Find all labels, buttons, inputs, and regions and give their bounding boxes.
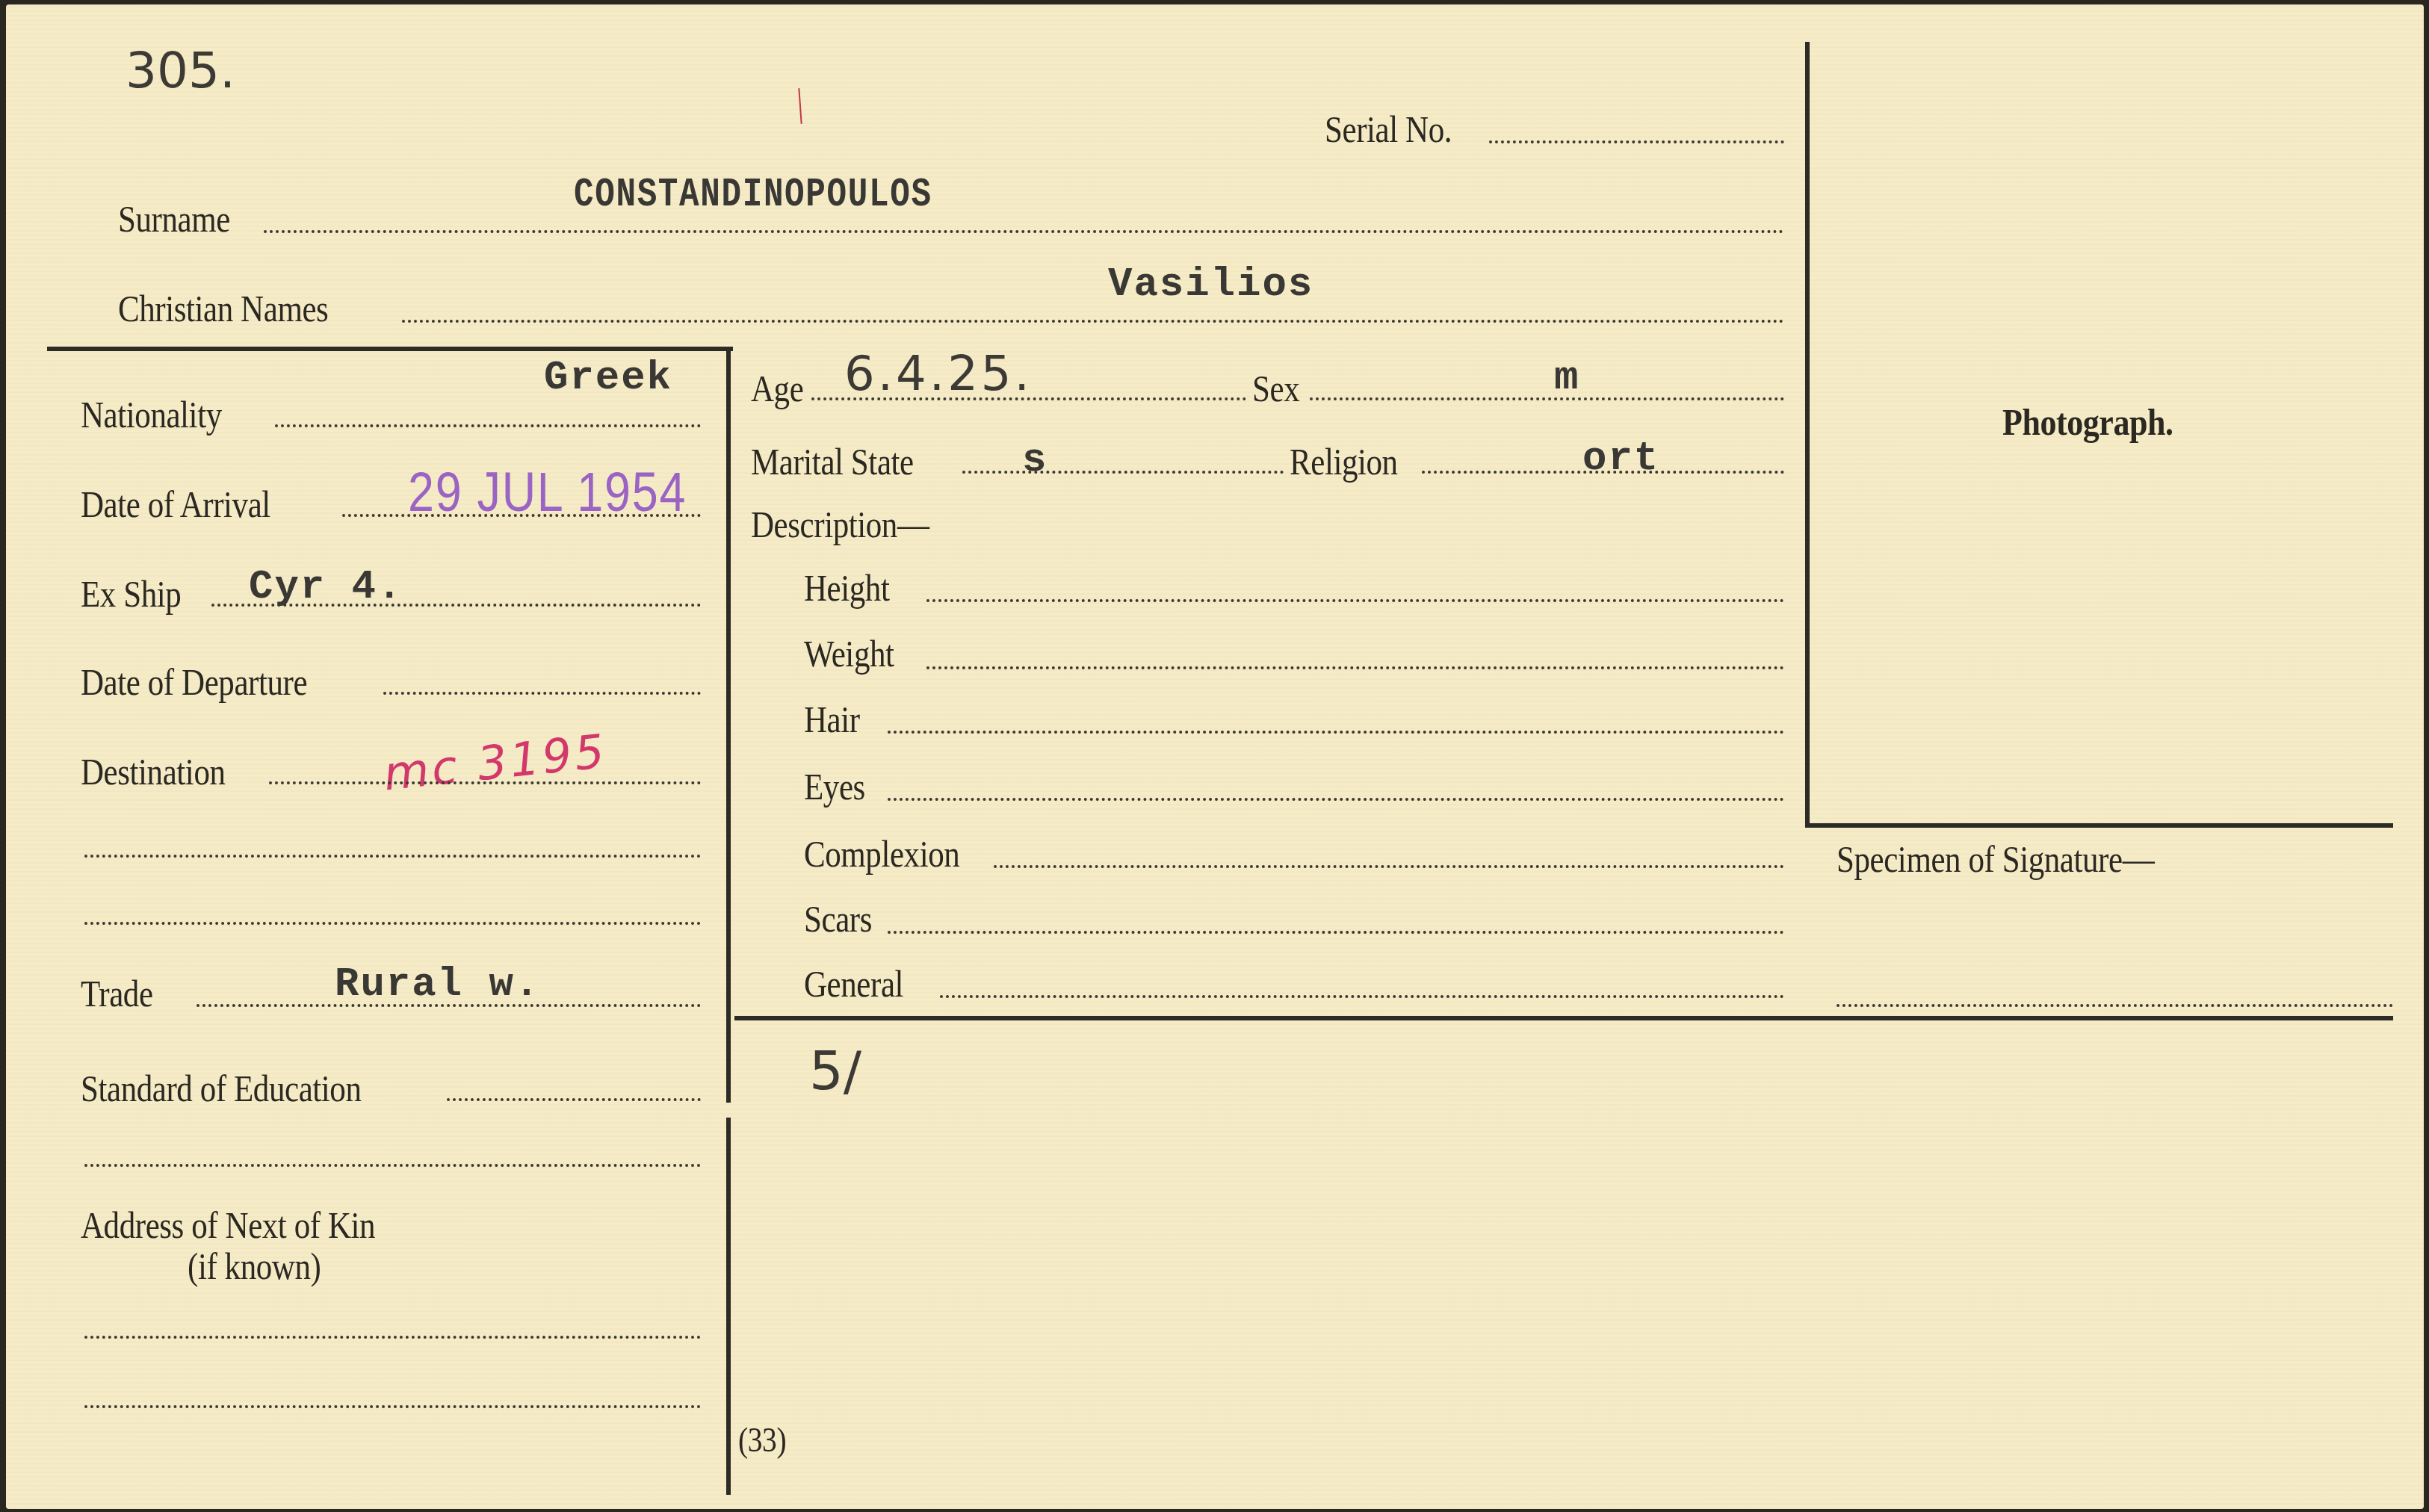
card-number: 305. — [126, 42, 235, 99]
pencil-note: 5/ — [809, 1039, 861, 1102]
trade-value: Rural w. — [335, 962, 540, 1008]
description-label: Description— — [751, 503, 929, 546]
nationality-value: Greek — [544, 356, 672, 401]
marital-label: Marital State — [751, 440, 914, 483]
destination-label: Destination — [81, 750, 226, 793]
trade-field[interactable] — [197, 1004, 701, 1007]
hair-field[interactable] — [888, 731, 1784, 734]
height-label: Height — [804, 566, 889, 610]
departure-label: Date of Departure — [81, 660, 307, 704]
weight-label: Weight — [804, 632, 894, 675]
left-column-divider-lower — [726, 1118, 731, 1495]
religion-field[interactable] — [1422, 471, 1784, 474]
next-of-kin-field-line-1[interactable] — [84, 1336, 701, 1339]
education-field[interactable] — [447, 1098, 701, 1101]
nationality-field[interactable] — [275, 424, 701, 427]
complexion-field[interactable] — [994, 865, 1784, 868]
religion-label: Religion — [1290, 440, 1398, 483]
sex-label: Sex — [1252, 367, 1299, 410]
age-value: 6.4.25. — [844, 347, 1033, 402]
education-label: Standard of Education — [81, 1067, 361, 1110]
form-code: (33) — [738, 1420, 786, 1460]
religion-value: ort — [1582, 436, 1659, 482]
destination-value: mc 3195 — [381, 724, 610, 802]
arrival-field[interactable] — [342, 514, 701, 517]
nationality-label: Nationality — [81, 393, 222, 436]
photo-box-left-border — [1805, 42, 1810, 828]
christian-names-value: Vasilios — [1108, 262, 1313, 308]
registration-card: 305. Serial No. Surname CONSTANDINOPOULO… — [6, 4, 2424, 1509]
ship-field[interactable] — [211, 604, 701, 607]
education-field-line-2[interactable] — [84, 1164, 701, 1167]
photo-box-bottom-border — [1805, 823, 2393, 828]
next-of-kin-field-line-2[interactable] — [84, 1405, 701, 1408]
destination-field-line-2[interactable] — [84, 855, 701, 858]
description-bottom-rule — [734, 1016, 2393, 1020]
signature-field[interactable] — [1837, 1004, 2393, 1007]
eyes-field[interactable] — [888, 798, 1784, 801]
left-column-divider-upper — [726, 347, 731, 1103]
signature-label: Specimen of Signature— — [1837, 837, 2154, 881]
red-ink-mark — [798, 88, 802, 124]
surname-value: CONSTANDINOPOULOS — [574, 173, 932, 218]
serial-label: Serial No. — [1325, 108, 1452, 151]
next-of-kin-label: Address of Next of Kin — [81, 1203, 375, 1247]
trade-label: Trade — [81, 972, 153, 1015]
complexion-label: Complexion — [804, 832, 959, 876]
next-of-kin-sublabel: (if known) — [188, 1245, 321, 1288]
destination-field[interactable] — [269, 781, 701, 784]
hair-label: Hair — [804, 698, 860, 741]
age-field[interactable] — [811, 397, 1246, 400]
general-label: General — [804, 962, 903, 1006]
scars-label: Scars — [804, 897, 872, 941]
height-field[interactable] — [926, 599, 1784, 602]
marital-field[interactable] — [962, 471, 1284, 474]
marital-value: s — [1022, 438, 1048, 483]
christian-names-label: Christian Names — [118, 287, 328, 330]
sex-field[interactable] — [1310, 397, 1784, 400]
departure-field[interactable] — [383, 692, 701, 695]
photo-label: Photograph. — [2002, 400, 2173, 444]
left-section-top-rule — [47, 347, 733, 351]
weight-field[interactable] — [926, 666, 1784, 669]
christian-names-field[interactable] — [402, 320, 1784, 323]
general-field[interactable] — [940, 995, 1784, 998]
sex-value: m — [1554, 356, 1579, 401]
ship-label: Ex Ship — [81, 572, 181, 616]
destination-field-line-3[interactable] — [84, 922, 701, 925]
scars-field[interactable] — [888, 931, 1784, 934]
serial-field[interactable] — [1489, 140, 1784, 143]
age-label: Age — [751, 367, 803, 410]
arrival-label: Date of Arrival — [81, 483, 270, 526]
surname-label: Surname — [118, 197, 230, 241]
eyes-label: Eyes — [804, 765, 865, 808]
surname-field[interactable] — [264, 230, 1784, 233]
